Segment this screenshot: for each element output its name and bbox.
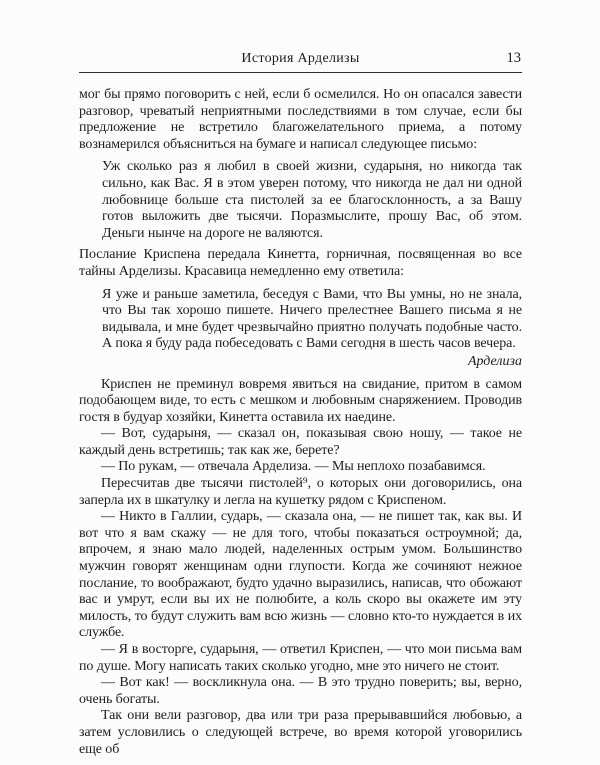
header-rule bbox=[79, 72, 522, 73]
dialogue-paragraph: — Я в восторге, сударыня, — ответил Крис… bbox=[79, 642, 522, 675]
letter-quote-crispin: Уж сколько раз я любил в своей жизни, су… bbox=[102, 159, 522, 242]
dialogue-paragraph: — По рукам, — отвечала Арделиза. — Мы не… bbox=[79, 459, 522, 476]
paragraph-continuation-to-next-page: Так они вели разговор, два или три раза … bbox=[79, 708, 522, 758]
page-number: 13 bbox=[507, 50, 522, 67]
running-title: История Арделизы bbox=[79, 51, 522, 67]
book-page: История Арделизы 13 мог бы прямо поговор… bbox=[0, 0, 600, 765]
dialogue-paragraph: — Вот как! — воскликнула она. — В это тр… bbox=[79, 675, 522, 708]
paragraph-narration: Послание Криспена передала Кинетта, горн… bbox=[79, 247, 522, 280]
dialogue-paragraph: — Вот, сударыня, — сказал он, показывая … bbox=[79, 426, 522, 459]
letter-quote-ardelisa: Я уже и раньше заметила, беседуя с Вами,… bbox=[102, 287, 522, 353]
dialogue-paragraph: — Никто в Галлии, сударь, — сказала она,… bbox=[79, 509, 522, 642]
letter-signature: Арделиза bbox=[79, 354, 522, 371]
paragraph-narration-with-footnote: Пересчитав две тысячи пистолей⁹, о котор… bbox=[79, 476, 522, 509]
page-body: мог бы прямо поговорить с ней, если б ос… bbox=[79, 87, 522, 758]
running-head: История Арделизы 13 bbox=[79, 50, 522, 70]
paragraph-continuation: мог бы прямо поговорить с ней, если б ос… bbox=[79, 87, 522, 153]
paragraph-narration: Криспен не преминул вовремя явиться на с… bbox=[79, 377, 522, 427]
